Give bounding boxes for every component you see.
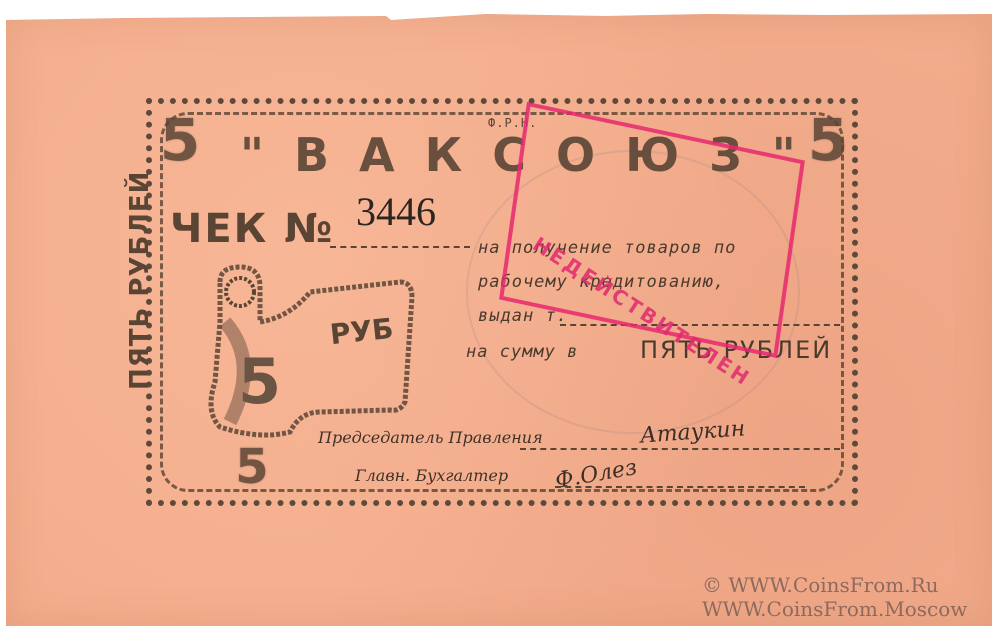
cheque-number-line (330, 246, 470, 248)
vertical-denomination-text: ПЯТЬ РУБЛЕЙ (125, 140, 155, 390)
watermark-line-2: WWW.CoinsFrom.Moscow (702, 597, 967, 621)
watermark-line-1: © WWW.CoinsFrom.Ru (702, 573, 967, 597)
emblem-numeral: 5 (238, 345, 281, 418)
emblem-currency-label: РУБ (328, 312, 395, 351)
cheque-serial-number: 3446 (356, 188, 436, 235)
scroll-emblem-icon (200, 262, 415, 442)
accountant-signature-line (555, 486, 805, 488)
corner-denomination-top-left: 5 (150, 105, 210, 175)
corner-denomination-bottom-left: 5 (222, 432, 282, 502)
cheque-label: ЧЕК № (170, 206, 334, 252)
chairman-signature-line (520, 448, 840, 450)
chairman-title: Председатель Правления (318, 428, 543, 447)
watermark: © WWW.CoinsFrom.Ru WWW.CoinsFrom.Moscow (702, 573, 967, 621)
scroll-emblem (200, 262, 415, 442)
accountant-title: Главн. Бухгалтер (355, 466, 508, 485)
amount-prefix: на сумму в (466, 342, 578, 362)
